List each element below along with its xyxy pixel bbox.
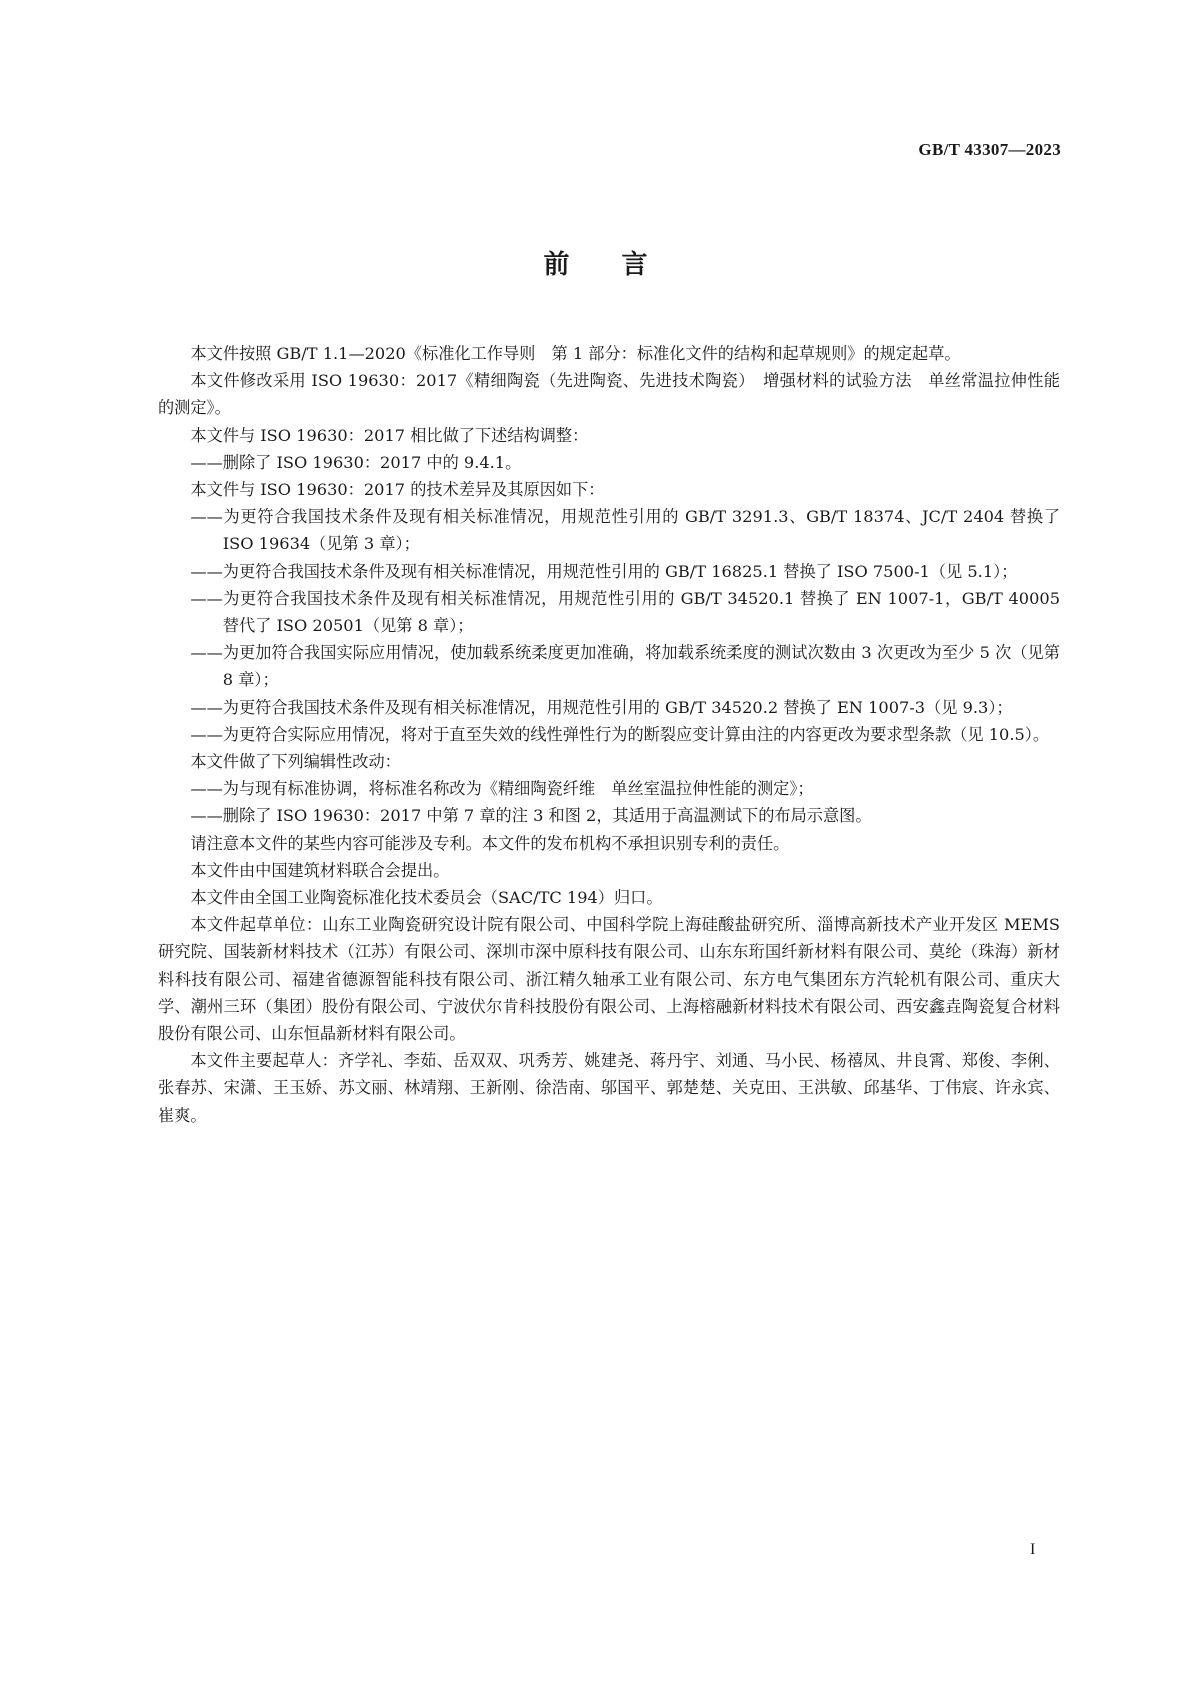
paragraph-basis: 本文件按照 GB/T 1.1—2020《标准化工作导则 第 1 部分：标准化文件… (158, 340, 1060, 367)
list-item-text: ——为更符合我国技术条件及现有相关标准情况，用规范性引用的 GB/T 34520… (190, 694, 1060, 721)
paragraph-drafting-units: 本文件起草单位：山东工业陶瓷研究设计院有限公司、中国科学院上海硅酸盐研究所、淄博… (158, 911, 1060, 1047)
list-item-text: ——为更符合实际应用情况，将对于直至失效的线性弹性行为的断裂应变计算由注的内容更… (190, 721, 1060, 748)
list-item-editorial-change: ——为与现有标准协调，将标准名称改为《精细陶瓷纤维 单丝室温拉伸性能的测定》； (158, 775, 1060, 802)
paragraph-adoption: 本文件修改采用 ISO 19630：2017《精细陶瓷（先进陶瓷、先进技术陶瓷）… (158, 367, 1060, 421)
document-body: 本文件按照 GB/T 1.1—2020《标准化工作导则 第 1 部分：标准化文件… (158, 340, 1060, 1129)
list-item-technical-diff: ——为更符合实际应用情况，将对于直至失效的线性弹性行为的断裂应变计算由注的内容更… (158, 721, 1060, 748)
list-item-technical-diff: ——为更符合我国技术条件及现有相关标准情况，用规范性引用的 GB/T 16825… (158, 558, 1060, 585)
paragraph-technical-intro: 本文件与 ISO 19630：2017 的技术差异及其原因如下： (158, 476, 1060, 503)
list-item-text: ——为更加符合我国实际应用情况，使加载系统柔度更加准确，将加载系统柔度的测试次数… (190, 639, 1060, 693)
list-item-text: ——删除了 ISO 19630：2017 中的 9.4.1。 (190, 449, 1060, 476)
list-item-text: ——为更符合我国技术条件及现有相关标准情况，用规范性引用的 GB/T 16825… (190, 558, 1060, 585)
list-item-editorial-change: ——删除了 ISO 19630：2017 中第 7 章的注 3 和图 2，其适用… (158, 802, 1060, 829)
list-item-technical-diff: ——为更符合我国技术条件及现有相关标准情况，用规范性引用的 GB/T 3291.… (158, 503, 1060, 557)
paragraph-editorial-intro: 本文件做了下列编辑性改动： (158, 748, 1060, 775)
list-item-technical-diff: ——为更加符合我国实际应用情况，使加载系统柔度更加准确，将加载系统柔度的测试次数… (158, 639, 1060, 693)
page-number: I (1030, 1541, 1035, 1559)
paragraph-proposer: 本文件由中国建筑材料联合会提出。 (158, 857, 1060, 884)
list-item-text: ——为更符合我国技术条件及现有相关标准情况，用规范性引用的 GB/T 3291.… (190, 503, 1060, 557)
paragraph-drafters: 本文件主要起草人：齐学礼、李茹、岳双双、巩秀芳、姚建尧、蒋丹宇、刘通、马小民、杨… (158, 1047, 1060, 1129)
list-item-text: ——为与现有标准协调，将标准名称改为《精细陶瓷纤维 单丝室温拉伸性能的测定》； (190, 775, 1060, 802)
paragraph-patent-notice: 请注意本文件的某些内容可能涉及专利。本文件的发布机构不承担识别专利的责任。 (158, 830, 1060, 857)
standard-number: GB/T 43307—2023 (918, 140, 1061, 160)
list-item-technical-diff: ——为更符合我国技术条件及现有相关标准情况，用规范性引用的 GB/T 34520… (158, 694, 1060, 721)
paragraph-administrator: 本文件由全国工业陶瓷标准化技术委员会（SAC/TC 194）归口。 (158, 884, 1060, 911)
list-item-text: ——为更符合我国技术条件及现有相关标准情况，用规范性引用的 GB/T 34520… (190, 585, 1060, 639)
paragraph-structure-intro: 本文件与 ISO 19630：2017 相比做了下述结构调整： (158, 422, 1060, 449)
page-title: 前言 (0, 244, 1191, 281)
list-item-structure-change: ——删除了 ISO 19630：2017 中的 9.4.1。 (158, 449, 1060, 476)
list-item-text: ——删除了 ISO 19630：2017 中第 7 章的注 3 和图 2，其适用… (190, 802, 1060, 829)
list-item-technical-diff: ——为更符合我国技术条件及现有相关标准情况，用规范性引用的 GB/T 34520… (158, 585, 1060, 639)
